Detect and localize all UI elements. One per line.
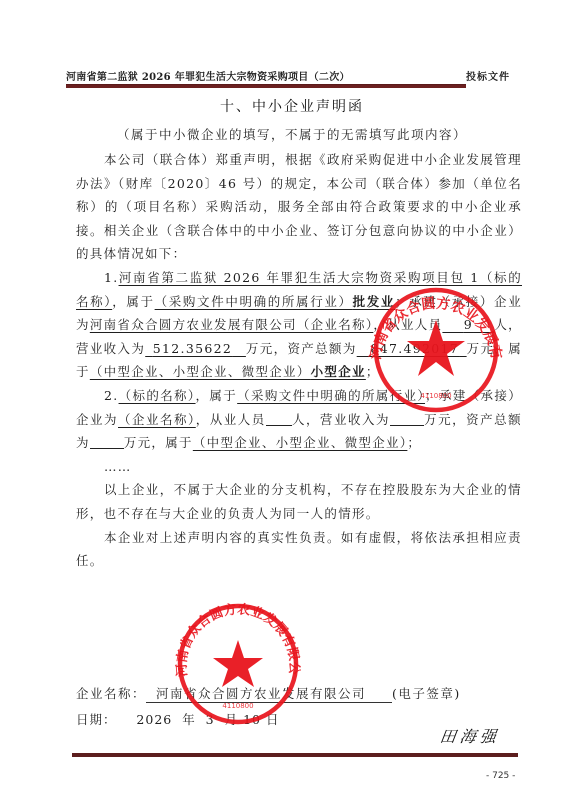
footer-divider	[72, 753, 518, 757]
label: 日	[266, 712, 280, 727]
company-name: 河南省众合圆方农业发展有限公司	[146, 684, 392, 703]
company-label: 企业名称：	[76, 686, 146, 701]
date-label: 日期：	[76, 712, 117, 727]
document-body: 本公司（联合体）郑重声明，根据《政府采购促进中小企业发展管理办法》（财库〔202…	[76, 148, 522, 573]
label: ，属于	[196, 388, 238, 403]
company-signature-line: 企业名称：河南省众合圆方农业发展有限公司(电子签章)	[76, 684, 461, 703]
industry-value: 批发业	[353, 294, 395, 309]
item-1-company: 河南省众合圆方农业发展有限公司（企业名称）	[90, 317, 374, 332]
document-title: 十、中小企业声明函	[0, 96, 584, 116]
item-1-assets: 847.492017	[357, 341, 467, 356]
ellipsis: ……	[76, 455, 522, 479]
item-1-staff: 9	[442, 317, 494, 332]
size-hint: （中型企业、小型企业、微型企业）	[90, 364, 311, 379]
intro-paragraph: 本公司（联合体）郑重声明，根据《政府采购促进中小企业发展管理办法》（财库〔202…	[76, 148, 522, 266]
statement-paragraph-1: 以上企业，不属于大企业的分支机构，不存在控股股东为大企业的情形，也不存在与大企业…	[76, 478, 522, 525]
item-2-industry: （采购文件中明确的所属行业）	[237, 388, 425, 403]
item-1-size: （中型企业、小型企业、微型企业）小型企业	[90, 364, 366, 379]
svg-text:4110800: 4110800	[222, 702, 253, 710]
svg-text:河南省众合圆方农业发展有限公司: 河南省众合圆方农业发展有限公司	[170, 600, 301, 677]
date-month: 3	[206, 712, 215, 727]
label: 万元，资产总额为	[246, 341, 357, 356]
seal-note: (电子签章)	[392, 686, 461, 701]
item-1-number: 1.	[104, 270, 119, 285]
item-2-revenue-blank	[390, 411, 424, 426]
staff-value: 9	[464, 317, 473, 332]
page-number: - 725 -	[486, 771, 515, 781]
item-2-subject: （标的名称）	[119, 388, 196, 403]
item-2-assets-blank	[90, 434, 124, 449]
item-2-number: 2.	[104, 388, 119, 403]
label: 人，营业收入为	[292, 412, 390, 427]
page-header-right: 投标文件	[466, 68, 510, 83]
revenue-value: 512.35622	[153, 341, 232, 356]
assets-value: 847.492017	[371, 341, 460, 356]
item-1-revenue: 512.35622	[145, 341, 246, 356]
label: ，属于	[112, 294, 154, 309]
label: 月	[225, 712, 239, 727]
item-2-staff-blank	[266, 411, 292, 426]
date-line: 日期： 2026 年 3 月 10 日	[76, 710, 279, 728]
item-1-paragraph: 1.河南省第二监狱 2026 年罪犯生活大宗物资采购项目包 1（标的名称），属于…	[76, 266, 522, 384]
handwritten-signature: 田海强	[438, 724, 501, 747]
item-1-industry: （采购文件中明确的所属行业）批发业	[155, 294, 395, 309]
label: ；	[407, 435, 421, 450]
date-year: 2026	[136, 712, 172, 727]
size-value: 小型企业	[311, 364, 366, 379]
document-subtitle: （属于中小微企业的填写，不属于的无需填写此项内容）	[0, 125, 584, 143]
industry-hint: （采购文件中明确的所属行业）	[155, 294, 353, 309]
label: ，从业人员	[373, 317, 442, 332]
label: 年	[182, 712, 196, 727]
label: 万元，属于	[124, 435, 193, 450]
page-header-left: 河南省第二监狱 2026 年罪犯生活大宗物资采购项目（二次）	[66, 68, 350, 83]
label: ；	[366, 364, 380, 379]
item-2-size: （中型企业、小型企业、微型企业）	[193, 435, 408, 450]
item-2-company: （企业名称）	[118, 412, 196, 427]
date-day: 10	[243, 712, 261, 727]
item-2-paragraph: 2.（标的名称），属于（采购文件中明确的所属行业）；承建（承接）企业为（企业名称…	[76, 384, 522, 455]
header-divider	[66, 84, 466, 88]
statement-paragraph-2: 本企业对上述声明内容的真实性负责。如有虚假，将依法承担相应责任。	[76, 526, 522, 573]
label: ，从业人员	[196, 412, 266, 427]
